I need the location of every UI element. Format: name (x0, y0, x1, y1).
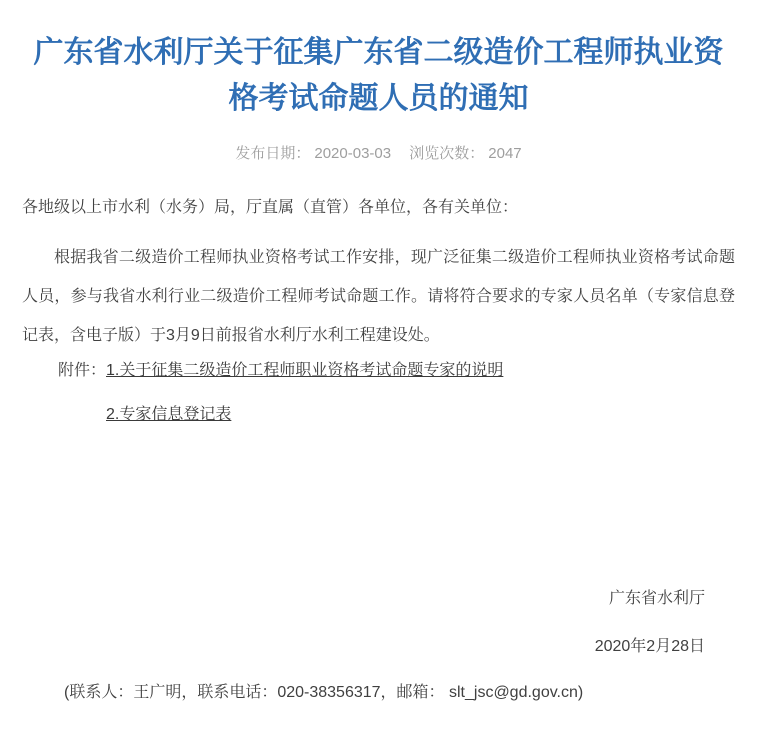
signature-date: 2020年2月28日 (22, 635, 735, 659)
views-group: 浏览次数：2047 (409, 144, 521, 164)
page-title: 广东省水利厅关于征集广东省二级造价工程师执业资格考试命题人员的通知 (0, 0, 757, 122)
notice-page: 广东省水利厅关于征集广东省二级造价工程师执业资格考试命题人员的通知 发布日期：2… (0, 0, 757, 736)
attachments-row-1: 附件：1.关于征集二级造价工程师职业资格考试命题专家的说明 (58, 359, 735, 383)
publish-date-value: 2020-03-03 (314, 145, 391, 162)
notice-content: 各地级以上市水利（水务）局，厅直属（直管）各单位，各有关单位： 根据我省二级造价… (0, 196, 757, 705)
attachment-link-1[interactable]: 1.关于征集二级造价工程师职业资格考试命题专家的说明 (106, 362, 503, 379)
meta-line: 发布日期：2020-03-03 浏览次数：2047 (0, 144, 757, 164)
contact-line: (联系人：王广明，联系电话：020-38356317，邮箱： slt_jsc@g… (64, 681, 735, 705)
body-paragraph: 根据我省二级造价工程师执业资格考试工作安排，现广泛征集二级造价工程师执业资格考试… (22, 238, 735, 355)
views-label: 浏览次数： (409, 145, 484, 162)
signature-org: 广东省水利厅 (22, 587, 735, 611)
attachment-link-2[interactable]: 2.专家信息登记表 (106, 406, 231, 423)
views-value: 2047 (488, 145, 521, 162)
attachments-label: 附件： (58, 362, 106, 379)
publish-date-label: 发布日期： (235, 145, 310, 162)
attachments-row-2: 2.专家信息登记表 (106, 403, 735, 427)
publish-date-group: 发布日期：2020-03-03 (235, 144, 391, 164)
salutation: 各地级以上市水利（水务）局，厅直属（直管）各单位，各有关单位： (22, 196, 735, 220)
